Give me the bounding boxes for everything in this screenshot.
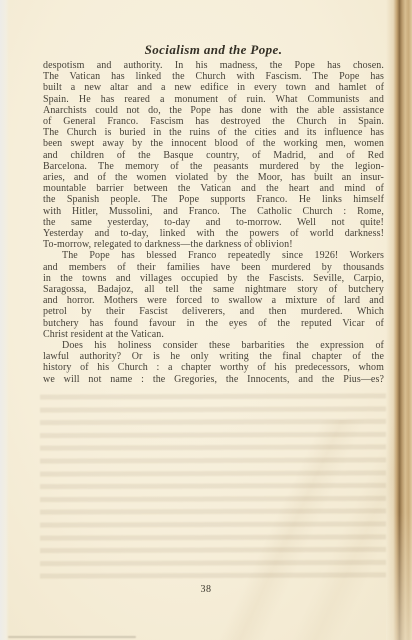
text-line: the Spanish people. The Pope supports Fr… <box>43 194 384 205</box>
text-line: To-morrow, relegated to darkness—the dar… <box>43 239 384 250</box>
page-number: 38 <box>0 584 412 595</box>
text-line: been swept away by the innocent blood of… <box>43 138 384 149</box>
text-line: Yesterday and to-day, linked with the po… <box>43 228 384 239</box>
page-content: Socialism and the Pope. despotism and au… <box>43 42 384 385</box>
paragraph-3: Does his holiness consider these barbari… <box>43 340 384 385</box>
text-line: despotism and authority. In his madness,… <box>43 60 384 71</box>
text-line: The Pope has blessed Franco repeatedly s… <box>43 250 384 261</box>
text-line: of General Franco. Fascism has destroyed… <box>43 116 384 127</box>
scan-bottom-shadow <box>8 636 136 638</box>
scanned-book-page: Socialism and the Pope. despotism and au… <box>0 0 412 640</box>
text-line: and children of the Basque country, of M… <box>43 150 384 161</box>
text-line: Saragossa, Badajoz, all tell the same ni… <box>43 284 384 295</box>
text-line: Christ resident at the Vatican. <box>43 329 384 340</box>
text-line: with Hitler, Mussolini, and Franco. The … <box>43 206 384 217</box>
text-line: Anarchists could not do, the Pope has do… <box>43 105 384 116</box>
text-line: Spain. He has reared a monument of ruin.… <box>43 94 384 105</box>
text-line: lawful authority? Or is he only writing … <box>43 351 384 362</box>
text-line: and horror. Mothers were forced to swall… <box>43 295 384 306</box>
text-line: Barcelona. The memory of the peasants mu… <box>43 161 384 172</box>
text-line: petrol by their Fascist deliverers, and … <box>43 306 384 317</box>
scan-left-edge <box>0 0 9 640</box>
text-line: we will not name : the Gregories, the In… <box>43 374 384 385</box>
text-line: the same yesterday, to-day and to-morrow… <box>43 217 384 228</box>
text-line: The Vatican has linked the Church with F… <box>43 71 384 82</box>
text-line: mountable barrier between the Vatican an… <box>43 183 384 194</box>
text-line: aries, and of the women violated by the … <box>43 172 384 183</box>
text-line: built a new altar and a new edifice in e… <box>43 82 384 93</box>
text-line: and members of their families have been … <box>43 262 384 273</box>
reverse-side-bleed-through <box>40 393 386 582</box>
paragraph-2: The Pope has blessed Franco repeatedly s… <box>43 250 384 340</box>
text-line: butchery has found favour in the eyes of… <box>43 318 384 329</box>
text-line: Does his holiness consider these barbari… <box>43 340 384 351</box>
text-line: The Church is buried in the ruins of the… <box>43 127 384 138</box>
text-line: history of his Church : a chapter worthy… <box>43 362 384 373</box>
text-line: in the towns and villages occupied by th… <box>43 273 384 284</box>
paragraph-1: despotism and authority. In his madness,… <box>43 60 384 250</box>
page-title: Socialism and the Pope. <box>43 42 384 57</box>
